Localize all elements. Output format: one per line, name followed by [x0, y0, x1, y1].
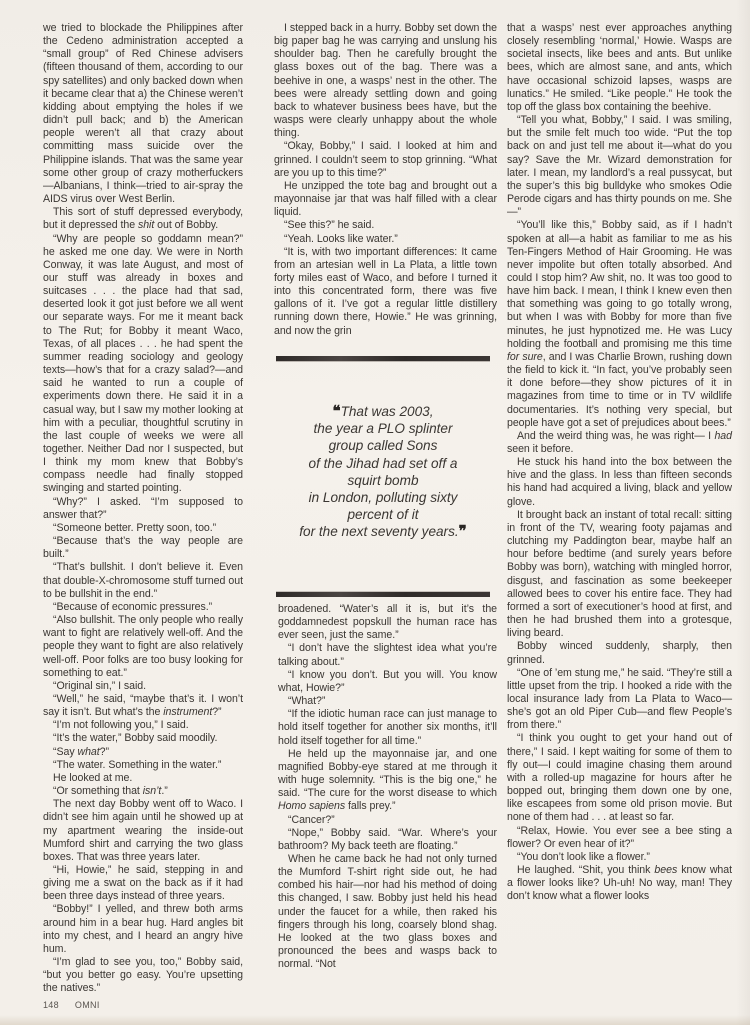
paragraph: “I’m glad to see you, too,” Bobby said, … [43, 956, 243, 995]
emphasis: for sure [507, 351, 543, 363]
paragraph: “Why are people so goddamn mean?” he ask… [43, 233, 243, 496]
paragraph: Bobby winced suddenly, sharply, then gri… [507, 640, 732, 666]
paragraph: When he came back he had not only turned… [278, 853, 497, 971]
paragraph: “You’ll like this,” Bobby said, as if I … [507, 219, 732, 430]
paragraph: He stuck his hand into the box between t… [507, 456, 732, 509]
paragraph: that a wasps’ nest ever approaches anyth… [507, 22, 732, 114]
article-column-3: that a wasps’ nest ever approaches anyth… [507, 22, 732, 903]
paragraph: “That’s bullshit. I don’t believe it. Ev… [43, 561, 243, 600]
pull-quote-line: ❝That was 2003, [276, 403, 490, 420]
paragraph: “Or something that isn’t.” [43, 785, 243, 798]
paragraph: “Original sin,” I said. [43, 680, 243, 693]
paragraph: “Hi, Howie,” he said, stepping in and gi… [43, 864, 243, 903]
paragraph: “Say what?” [43, 746, 243, 759]
pull-quote-line: in London, polluting sixty [276, 489, 490, 506]
pull-quote-bottom-rule [276, 591, 490, 597]
paragraph: “Okay, Bobby,” I said. I looked at him a… [274, 140, 497, 179]
article-column-2-top: I stepped back in a hurry. Bobby set dow… [274, 22, 497, 338]
pull-quote-line: of the Jihad had set off a [276, 455, 490, 472]
paragraph: “Nope,” Bobby said. “War. Where’s your b… [278, 827, 497, 853]
paragraph: “Relax, Howie. You ever see a bee sting … [507, 825, 732, 851]
page-bottom-shadow [0, 1015, 750, 1025]
article-column-1: we tried to blockade the Philippines aft… [43, 22, 243, 996]
paragraph: And the weird thing was, he was right— I… [507, 430, 732, 456]
emphasis: shit [138, 219, 154, 231]
pull-quote-line: squirt bomb [276, 472, 490, 489]
paragraph: “I’m not following you,” I said. [43, 719, 243, 732]
paragraph: “The water. Something in the water.” [43, 759, 243, 772]
paragraph: “Bobby!” I yelled, and threw both arms a… [43, 903, 243, 956]
pull-quote: ❝That was 2003, the year a PLO splinter … [276, 403, 490, 541]
paragraph: “Because of economic pressures.” [43, 601, 243, 614]
paragraph: “You don’t look like a flower.” [507, 851, 732, 864]
paragraph: “It is, with two important differences: … [274, 246, 497, 338]
paragraph: It brought back an instant of total reca… [507, 509, 732, 641]
magazine-page: we tried to blockade the Philippines aft… [0, 0, 750, 1025]
paragraph: This sort of stuff depressed everybody, … [43, 206, 243, 232]
paragraph: we tried to blockade the Philippines aft… [43, 22, 243, 206]
paragraph: “Because that’s the way people are built… [43, 535, 243, 561]
paragraph: The next day Bobby went off to Waco. I d… [43, 798, 243, 864]
paragraph: “Well,” he said, “maybe that’s it. I won… [43, 693, 243, 719]
paragraph: “One of ’em stung me,” he said. “They’re… [507, 667, 732, 733]
paragraph: “Yeah. Looks like water.” [274, 233, 497, 246]
paragraph: He looked at me. [43, 772, 243, 785]
emphasis: what [77, 746, 99, 758]
paragraph: “What?” [278, 695, 497, 708]
publication-name: OMNI [75, 1000, 100, 1010]
close-quote-icon: ❞ [459, 523, 467, 540]
paragraph: I stepped back in a hurry. Bobby set dow… [274, 22, 497, 140]
paragraph: He unzipped the tote bag and brought out… [274, 180, 497, 219]
paragraph: “I don’t have the slightest idea what yo… [278, 642, 497, 668]
paragraph: He laughed. “Shit, you think bees know w… [507, 864, 732, 903]
emphasis: bees [654, 864, 677, 876]
paragraph: “Tell you what, Bobby,” I said. I was sm… [507, 114, 732, 219]
paragraph: “Why?” I asked. “I’m supposed to answer … [43, 496, 243, 522]
pull-quote-line: percent of it [276, 506, 490, 523]
paragraph: He held up the mayonnaise jar, and one m… [278, 748, 497, 814]
pull-quote-line: the year a PLO splinter [276, 420, 490, 437]
pull-quote-line: group called Sons [276, 437, 490, 454]
pull-quote-line: for the next seventy years.❞ [276, 523, 490, 540]
paragraph: “I know you don’t. But you will. You kno… [278, 669, 497, 695]
emphasis: isn’t [143, 785, 162, 797]
paragraph: “Cancer?” [278, 814, 497, 827]
page-folio: 148OMNI [43, 1000, 100, 1010]
page-number: 148 [43, 1000, 59, 1010]
paragraph: “Someone better. Pretty soon, too.” [43, 522, 243, 535]
emphasis: had [714, 430, 732, 442]
paragraph: “If the idiotic human race can just mana… [278, 708, 497, 747]
article-column-2-bottom: broadened. “Water’s all it is, but it’s … [278, 603, 497, 971]
paragraph: “Also bullshit. The only people who real… [43, 614, 243, 680]
open-quote-icon: ❝ [332, 403, 340, 420]
pull-quote-top-rule [276, 356, 490, 362]
paragraph: broadened. “Water’s all it is, but it’s … [278, 603, 497, 642]
paragraph: “See this?” he said. [274, 219, 497, 232]
page-edge-shadow [736, 0, 750, 1025]
emphasis: Homo sapiens [278, 800, 345, 812]
paragraph: “I think you ought to get your hand out … [507, 732, 732, 824]
paragraph: “It’s the water,” Bobby said moodily. [43, 732, 243, 745]
emphasis: instrument [163, 706, 212, 718]
